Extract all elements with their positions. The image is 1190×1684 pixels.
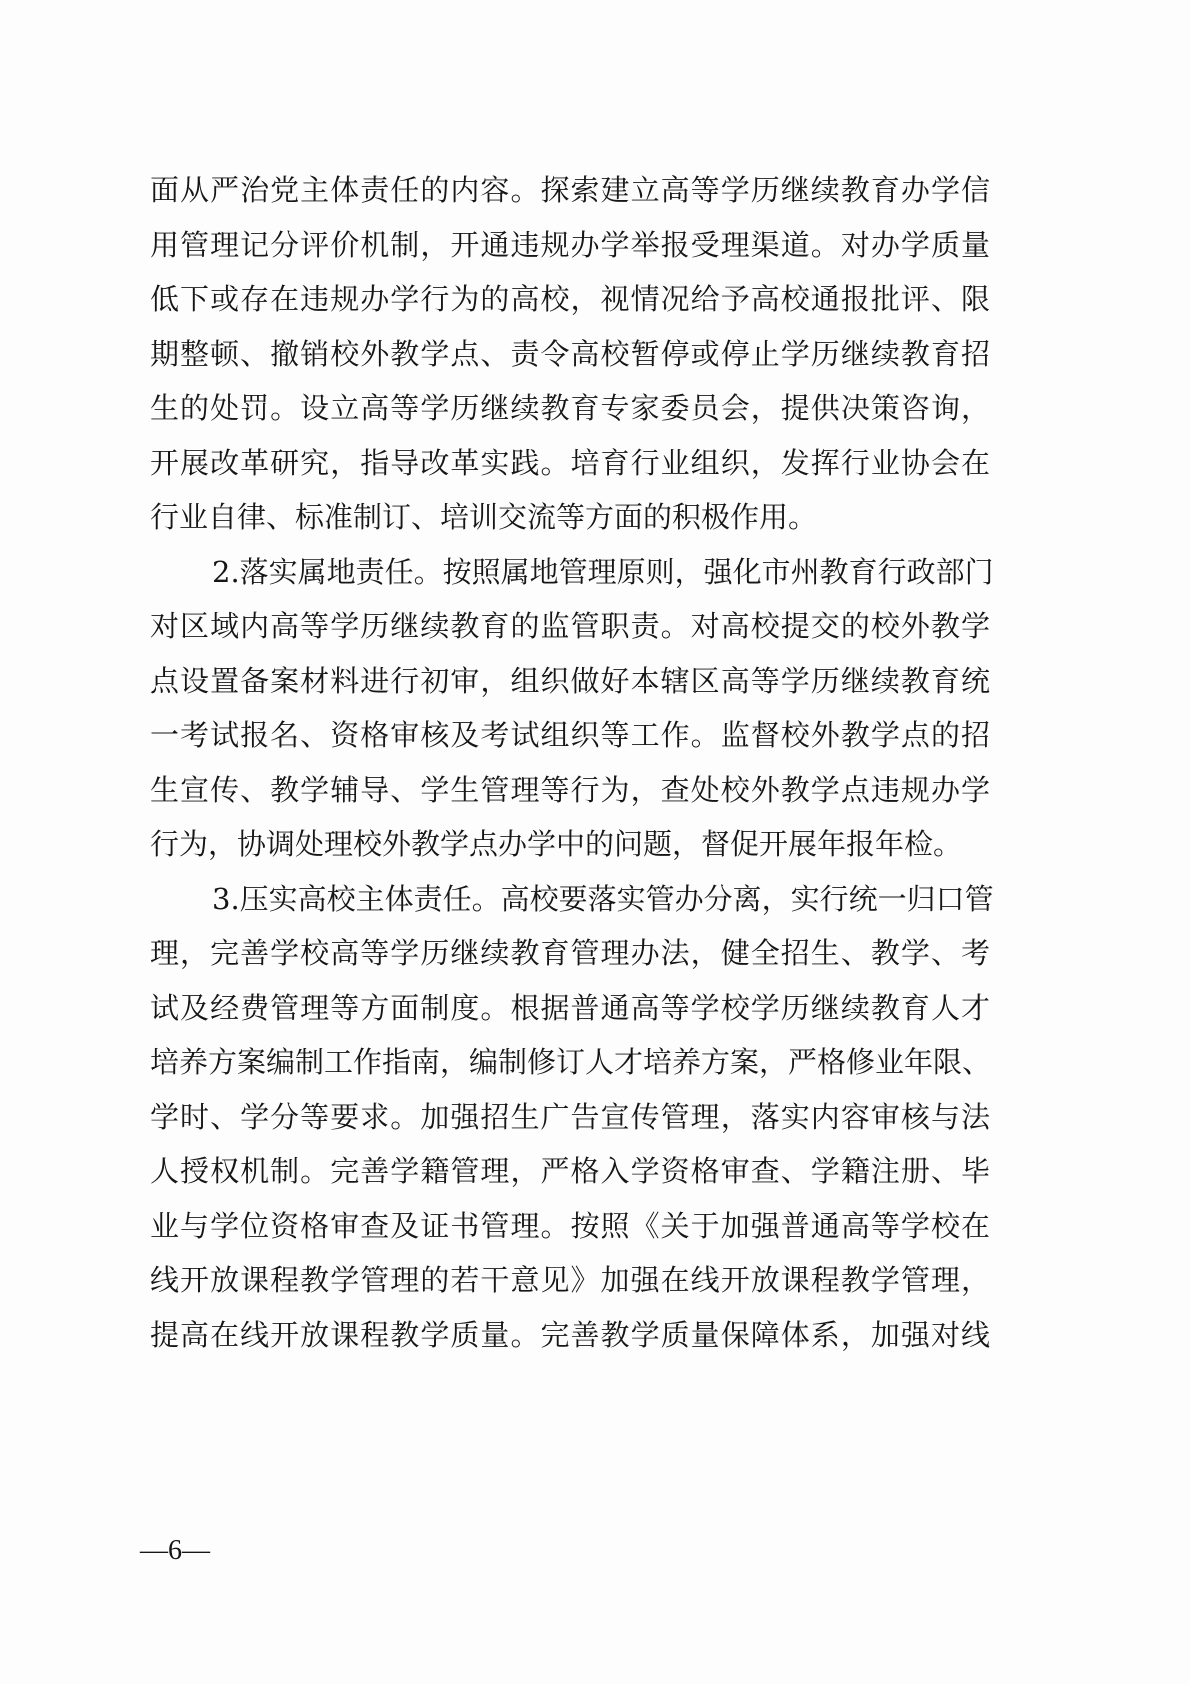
text-line: 理，完善学校高等学历继续教育管理办法，健全招生、教学、考	[150, 926, 990, 981]
body-text: 面从严治党主体责任的内容。探索建立高等学历继续教育办学信 用管理记分评价机制，开…	[150, 163, 990, 1362]
document-page: 面从严治党主体责任的内容。探索建立高等学历继续教育办学信 用管理记分评价机制，开…	[0, 0, 1190, 1684]
text-line: 业与学位资格审查及证书管理。按照《关于加强普通高等学校在	[150, 1199, 990, 1254]
text-line: 对区域内高等学历继续教育的监管职责。对高校提交的校外教学	[150, 599, 990, 654]
paragraph-start-line: 3.压实高校主体责任。高校要落实管办分离，实行统一归口管	[150, 872, 990, 927]
page-number: —6—	[140, 1535, 210, 1567]
text-line: 行业自律、标准制订、培训交流等方面的积极作用。	[150, 490, 990, 545]
text-line: 低下或存在违规办学行为的高校，视情况给予高校通报批评、限	[150, 272, 990, 327]
text-line: 开展改革研究，指导改革实践。培育行业组织，发挥行业协会在	[150, 436, 990, 491]
text-line: 用管理记分评价机制，开通违规办学举报受理渠道。对办学质量	[150, 218, 990, 273]
text-line: 生宣传、教学辅导、学生管理等行为，查处校外教学点违规办学	[150, 763, 990, 818]
paragraph-start-line: 2.落实属地责任。按照属地管理原则，强化市州教育行政部门	[150, 545, 990, 600]
text-line: 一考试报名、资格审核及考试组织等工作。监督校外教学点的招	[150, 708, 990, 763]
text-line: 生的处罚。设立高等学历继续教育专家委员会，提供决策咨询，	[150, 381, 990, 436]
text-line: 人授权机制。完善学籍管理，严格入学资格审查、学籍注册、毕	[150, 1144, 990, 1199]
text-line: 试及经费管理等方面制度。根据普通高等学校学历继续教育人才	[150, 981, 990, 1036]
text-line: 线开放课程教学管理的若干意见》加强在线开放课程教学管理，	[150, 1253, 990, 1308]
text-line: 行为，协调处理校外教学点办学中的问题，督促开展年报年检。	[150, 817, 990, 872]
text-line: 期整顿、撤销校外教学点、责令高校暂停或停止学历继续教育招	[150, 327, 990, 382]
text-line: 培养方案编制工作指南，编制修订人才培养方案，严格修业年限、	[150, 1035, 990, 1090]
text-line: 提高在线开放课程教学质量。完善教学质量保障体系，加强对线	[150, 1308, 990, 1363]
text-line: 学时、学分等要求。加强招生广告宣传管理，落实内容审核与法	[150, 1090, 990, 1145]
text-line: 面从严治党主体责任的内容。探索建立高等学历继续教育办学信	[150, 163, 990, 218]
text-line: 点设置备案材料进行初审，组织做好本辖区高等学历继续教育统	[150, 654, 990, 709]
